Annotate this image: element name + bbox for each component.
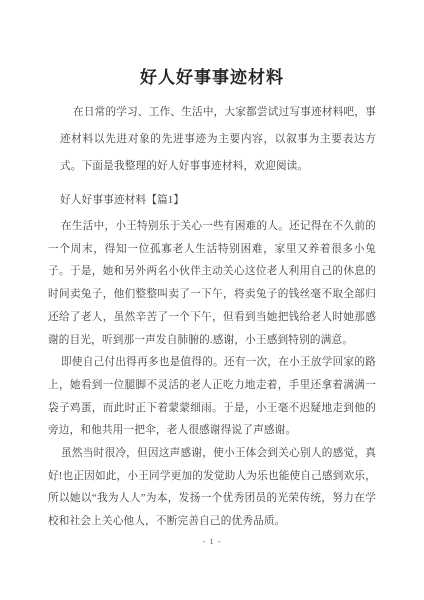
section-heading: 好人好事事迹材料【篇1】 <box>60 189 376 212</box>
page-number: - 1 - <box>0 536 424 546</box>
body-paragraph-3: 虽然当时很冷，但因这声感谢，使小王体会到关心别人的感觉，真好!也正因如此，小王同… <box>48 443 376 534</box>
body-paragraph-1: 在生活中，小王特别乐于关心一些有困难的人。还记得在不久前的一个周末，得知一位孤寡… <box>48 216 376 352</box>
intro-paragraph: 在日常的学习、工作、生活中，大家都尝试过写事迹材料吧，事迹材料以先进对象的先进事… <box>60 99 376 180</box>
document-page: 好人好事事迹材料 在日常的学习、工作、生活中，大家都尝试过写事迹材料吧，事迹材料… <box>0 0 424 600</box>
body-paragraph-2: 即使自己付出得再多也是值得的。还有一次，在小王放学回家的路上，她看到一位腿脚不灵… <box>48 352 376 443</box>
document-title: 好人好事事迹材料 <box>40 66 384 90</box>
